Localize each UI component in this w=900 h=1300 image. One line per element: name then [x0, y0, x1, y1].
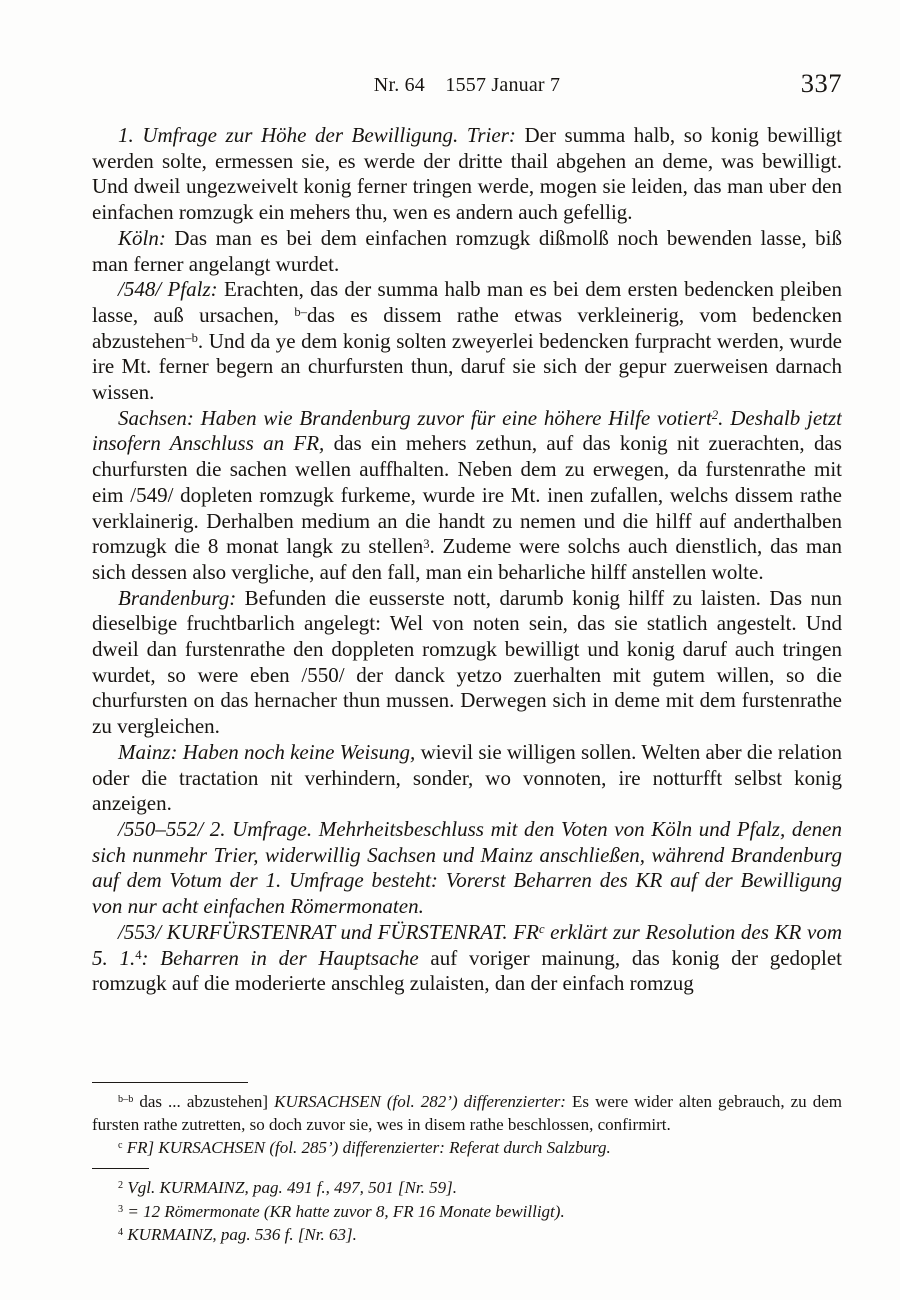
footnote-separator-numbers: [92, 1168, 149, 1169]
footnote-4: 4 KURMAINZ, pag. 536 f. [Nr. 63].: [92, 1223, 842, 1247]
number-footnotes-block: 2 Vgl. KURMAINZ, pag. 491 f., 497, 501 […: [92, 1168, 842, 1247]
body-paragraph-umfrage-2: /550–552/ 2. Umfrage. Mehrheitsbeschluss…: [92, 817, 842, 920]
footnote-separator-letters: [92, 1082, 248, 1083]
running-head-caption: Nr. 64 1557 Januar 7: [92, 74, 842, 97]
book-page: Nr. 64 1557 Januar 7 337 1. Umfrage zur …: [0, 0, 900, 1300]
body-paragraph-koeln: Köln: Das man es bei dem einfachen romzu…: [92, 226, 842, 277]
page-number: 337: [801, 68, 842, 99]
footnote-2: 2 Vgl. KURMAINZ, pag. 491 f., 497, 501 […: [92, 1176, 842, 1200]
footnote-3: 3 = 12 Römermonate (KR hatte zuvor 8, FR…: [92, 1200, 842, 1224]
running-head: Nr. 64 1557 Januar 7 337: [92, 74, 842, 104]
body-paragraph-kr-fr: /553/ KURFÜRSTENRAT und FÜRSTENRAT. FRc …: [92, 920, 842, 997]
body-paragraph-trier: 1. Umfrage zur Höhe der Bewilligung. Tri…: [92, 123, 842, 226]
letter-footnotes-block: b–b das ... abzustehen] KURSACHSEN (fol.…: [92, 1082, 842, 1159]
body-paragraph-brandenburg: Brandenburg: Befunden die eusserste nott…: [92, 586, 842, 740]
body-paragraph-sachsen: Sachsen: Haben wie Brandenburg zuvor für…: [92, 406, 842, 586]
body-paragraph-mainz: Mainz: Haben noch keine Weisung, wievil …: [92, 740, 842, 817]
main-text-block: 1. Umfrage zur Höhe der Bewilligung. Tri…: [92, 123, 842, 1081]
footnote-c: c FR] KURSACHSEN (fol. 285’) differenzie…: [92, 1136, 842, 1159]
body-paragraph-pfalz: /548/ Pfalz: Erachten, das der summa hal…: [92, 277, 842, 406]
footnote-b-b: b–b das ... abzustehen] KURSACHSEN (fol.…: [92, 1090, 842, 1136]
